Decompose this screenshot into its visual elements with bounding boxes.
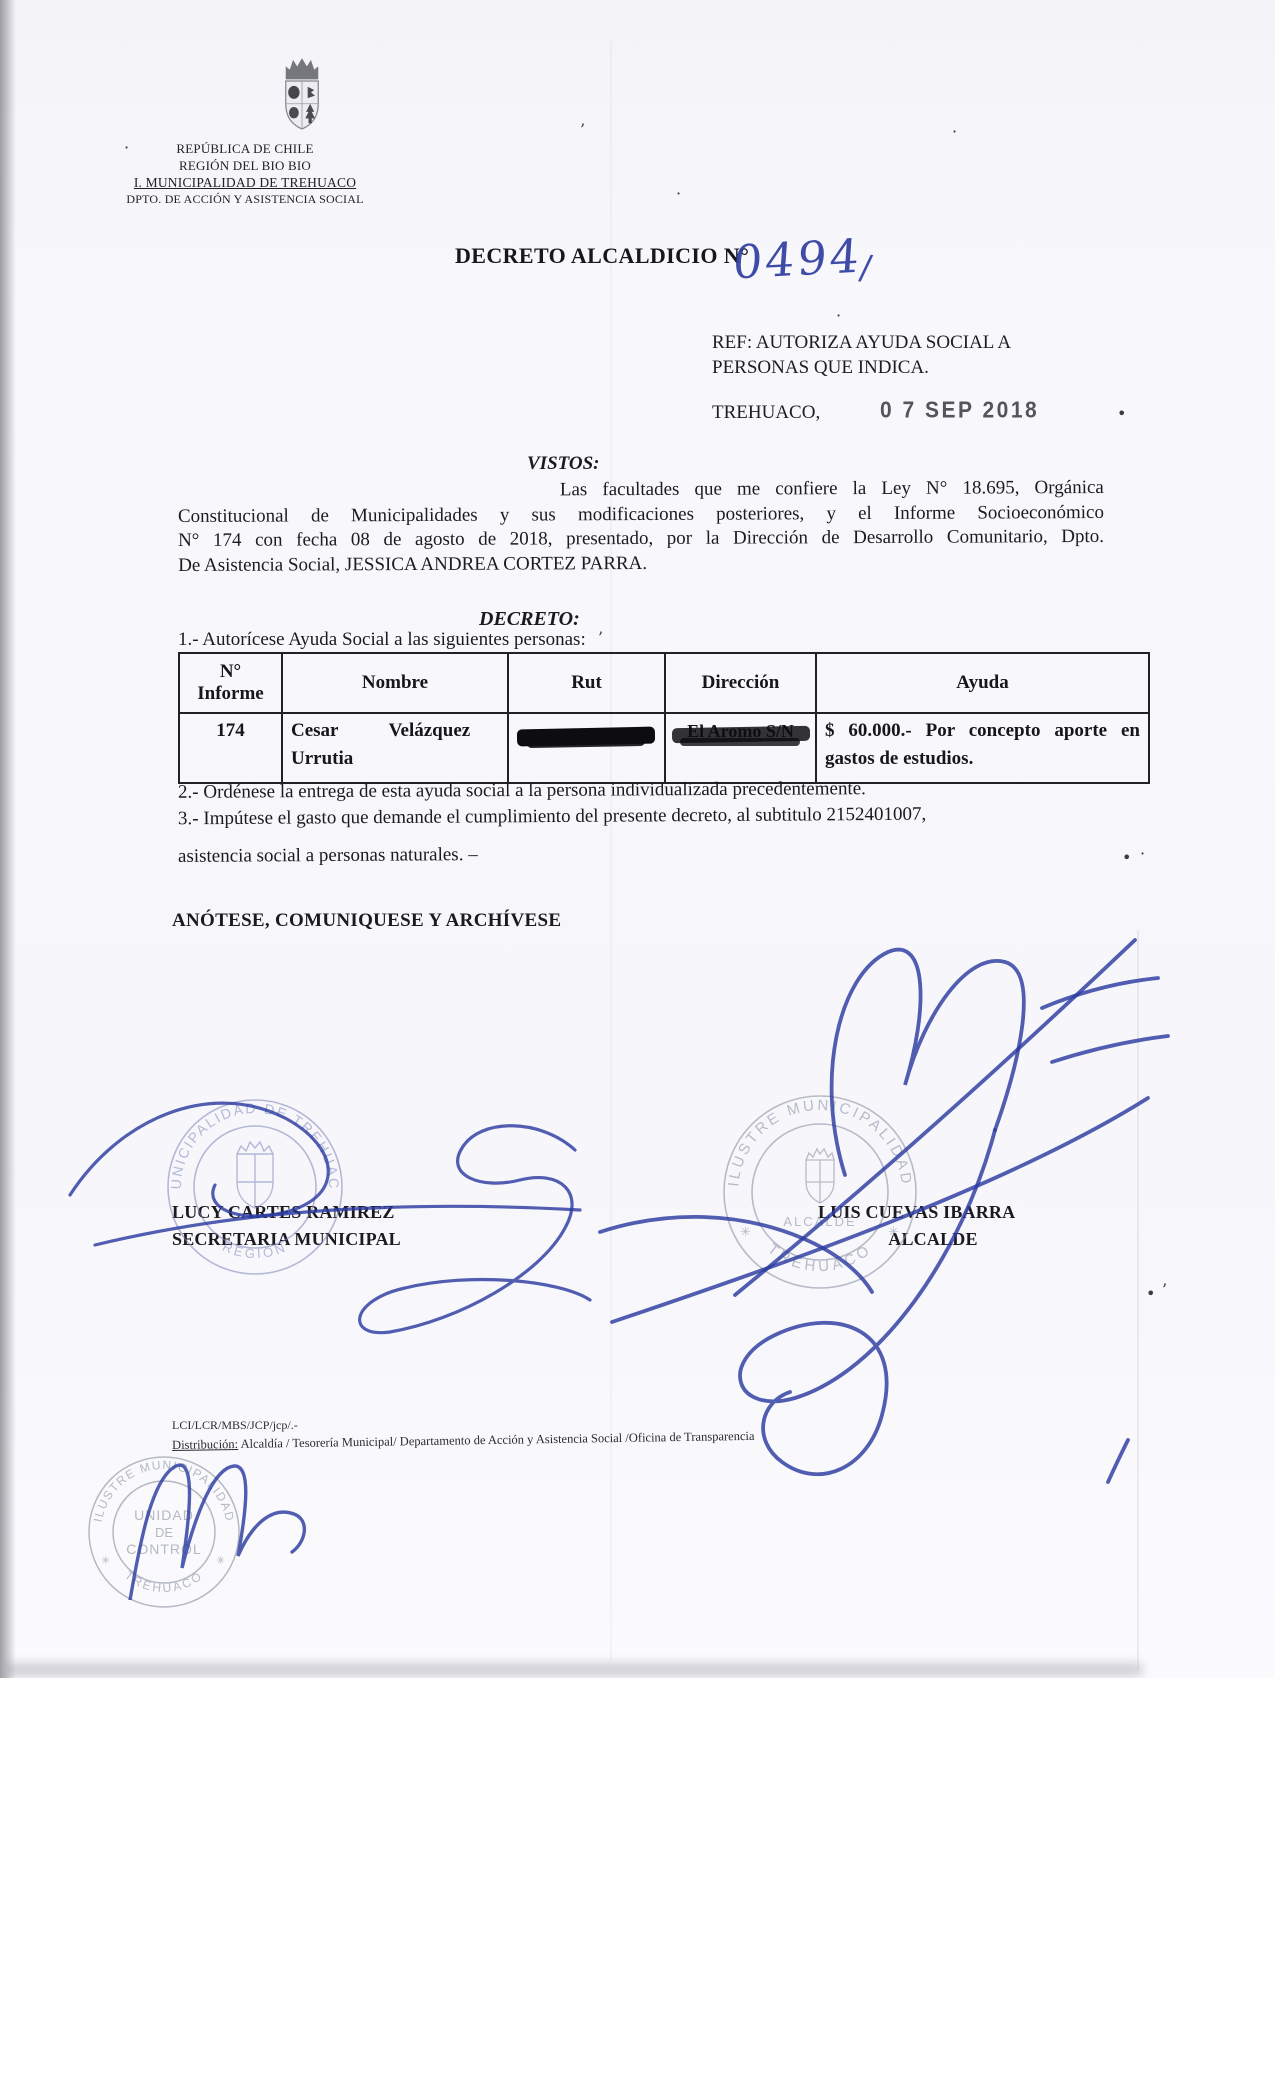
distribution-label: Distribución:	[172, 1437, 238, 1452]
place-label: TREHUACO,	[712, 402, 820, 424]
table-row: 174 Cesar VelázquezUrrutia El Aromo S/N …	[179, 713, 1149, 783]
letterhead: REPÚBLICA DE CHILE REGIÓN DEL BIO BIO I.…	[114, 140, 376, 208]
decree-item-3-line2: asistencia social a personas naturales. …	[178, 844, 478, 868]
letterhead-municipality: I. MUNICIPALIDAD DE TREHUACO	[114, 174, 376, 191]
vistos-line3: N° 174 con fecha 08 de agosto de 2018, p…	[178, 525, 1104, 554]
scan-speck: ’	[598, 628, 603, 647]
scan-speck: •	[1146, 1284, 1155, 1303]
scan-speck: •	[1117, 404, 1126, 423]
letterhead-region: REGIÓN DEL BIO BIO	[114, 157, 376, 174]
cell-rut-redacted	[508, 713, 665, 783]
closing-formula: ANÓTESE, COMUNIQUESE Y ARCHÍVESE	[172, 910, 561, 932]
col-header-ayuda: Ayuda	[816, 653, 1149, 713]
secretaria-name: LUCY CARTES RAMIREZ	[172, 1199, 401, 1226]
scan-speck: ·	[124, 138, 129, 157]
cell-nombre: Cesar VelázquezUrrutia	[282, 713, 508, 783]
vistos-line4: De Asistencia Social, JESSICA ANDREA COR…	[178, 549, 1104, 578]
scan-speck: ·	[836, 306, 841, 325]
decree-title: DECRETO ALCALDICIO N°	[455, 243, 749, 269]
blank-area-below-scan	[0, 1678, 1275, 2100]
col-header-rut: Rut	[508, 653, 665, 713]
col-header-informe: N° Informe	[179, 653, 282, 713]
col-header-direccion: Dirección	[665, 653, 816, 713]
reference-line1: REF: AUTORIZA AYUDA SOCIAL A	[712, 330, 1092, 355]
decree-item-3-line1: 3.- Impútese el gasto que demande el cum…	[178, 804, 926, 831]
rut-redaction-mark-2	[527, 737, 645, 748]
decreto-heading: DECRETO:	[479, 608, 580, 631]
footer-initials: LCI/LCR/MBS/JCP/jcp/.-	[172, 1418, 298, 1433]
scan-speck: •	[1122, 848, 1131, 867]
reference-block: REF: AUTORIZA AYUDA SOCIAL A PERSONAS QU…	[712, 330, 1092, 380]
coat-of-arms-icon	[276, 54, 328, 134]
date-stamp: 0 7 SEP 2018	[880, 398, 1039, 424]
scan-right-edge-shadow	[1137, 930, 1139, 1670]
beneficiaries-table: N° Informe Nombre Rut Dirección Ayuda 17…	[178, 652, 1150, 784]
secretaria-title: SECRETARIA MUNICIPAL	[172, 1226, 401, 1253]
cell-direccion-redacted: El Aromo S/N	[665, 713, 816, 783]
cell-ayuda: $ 60.000.- Por concepto aporte en gastos…	[816, 713, 1149, 783]
signature-block-secretaria: LUCY CARTES RAMIREZ SECRETARIA MUNICIPAL	[172, 1199, 401, 1253]
vistos-line1: Las facultades que me confiere la Ley N°…	[560, 476, 1104, 503]
vistos-paragraph: Las facultades que me confiere la Ley N°…	[178, 476, 1104, 578]
nombre-last1: Velázquez	[389, 720, 471, 741]
decree-item-2: 2.- Ordénese la entrega de esta ayuda so…	[178, 778, 866, 804]
letterhead-department: DPTO. DE ACCIÓN Y ASISTENCIA SOCIAL	[114, 191, 376, 208]
scan-vertical-streak	[610, 40, 612, 1660]
reference-line2: PERSONAS QUE INDICA.	[712, 355, 1092, 380]
scan-bottom-edge-shadow	[0, 1663, 1142, 1676]
scan-speck: ’	[1162, 1280, 1167, 1299]
nombre-first: Cesar	[291, 720, 338, 741]
alcalde-name: LUIS CUEVAS IBARRA	[818, 1199, 1048, 1226]
letterhead-country: REPÚBLICA DE CHILE	[114, 140, 376, 157]
nombre-last2: Urrutia	[291, 748, 353, 769]
scanned-decree-page: { "page": {"width": 1275, "height": 2100…	[0, 0, 1275, 2100]
scan-left-edge-shadow	[0, 0, 16, 1678]
col-header-nombre: Nombre	[282, 653, 508, 713]
scan-speck: ’	[580, 120, 585, 139]
scan-speck: ·	[676, 184, 681, 203]
scan-speck: ·	[952, 122, 957, 141]
scan-speck: ·	[1140, 844, 1145, 863]
signature-block-alcalde: LUIS CUEVAS IBARRA ALCALDE	[818, 1199, 1048, 1253]
table-header-row: N° Informe Nombre Rut Dirección Ayuda	[179, 653, 1149, 713]
cell-informe: 174	[179, 713, 282, 783]
decree-item-1: 1.- Autorícese Ayuda Social a las siguie…	[178, 629, 586, 651]
handwritten-decree-number: 0494	[731, 228, 864, 289]
alcalde-title: ALCALDE	[818, 1226, 1048, 1253]
direccion-redaction-mark-2	[680, 738, 800, 746]
vistos-heading: VISTOS:	[527, 453, 600, 475]
